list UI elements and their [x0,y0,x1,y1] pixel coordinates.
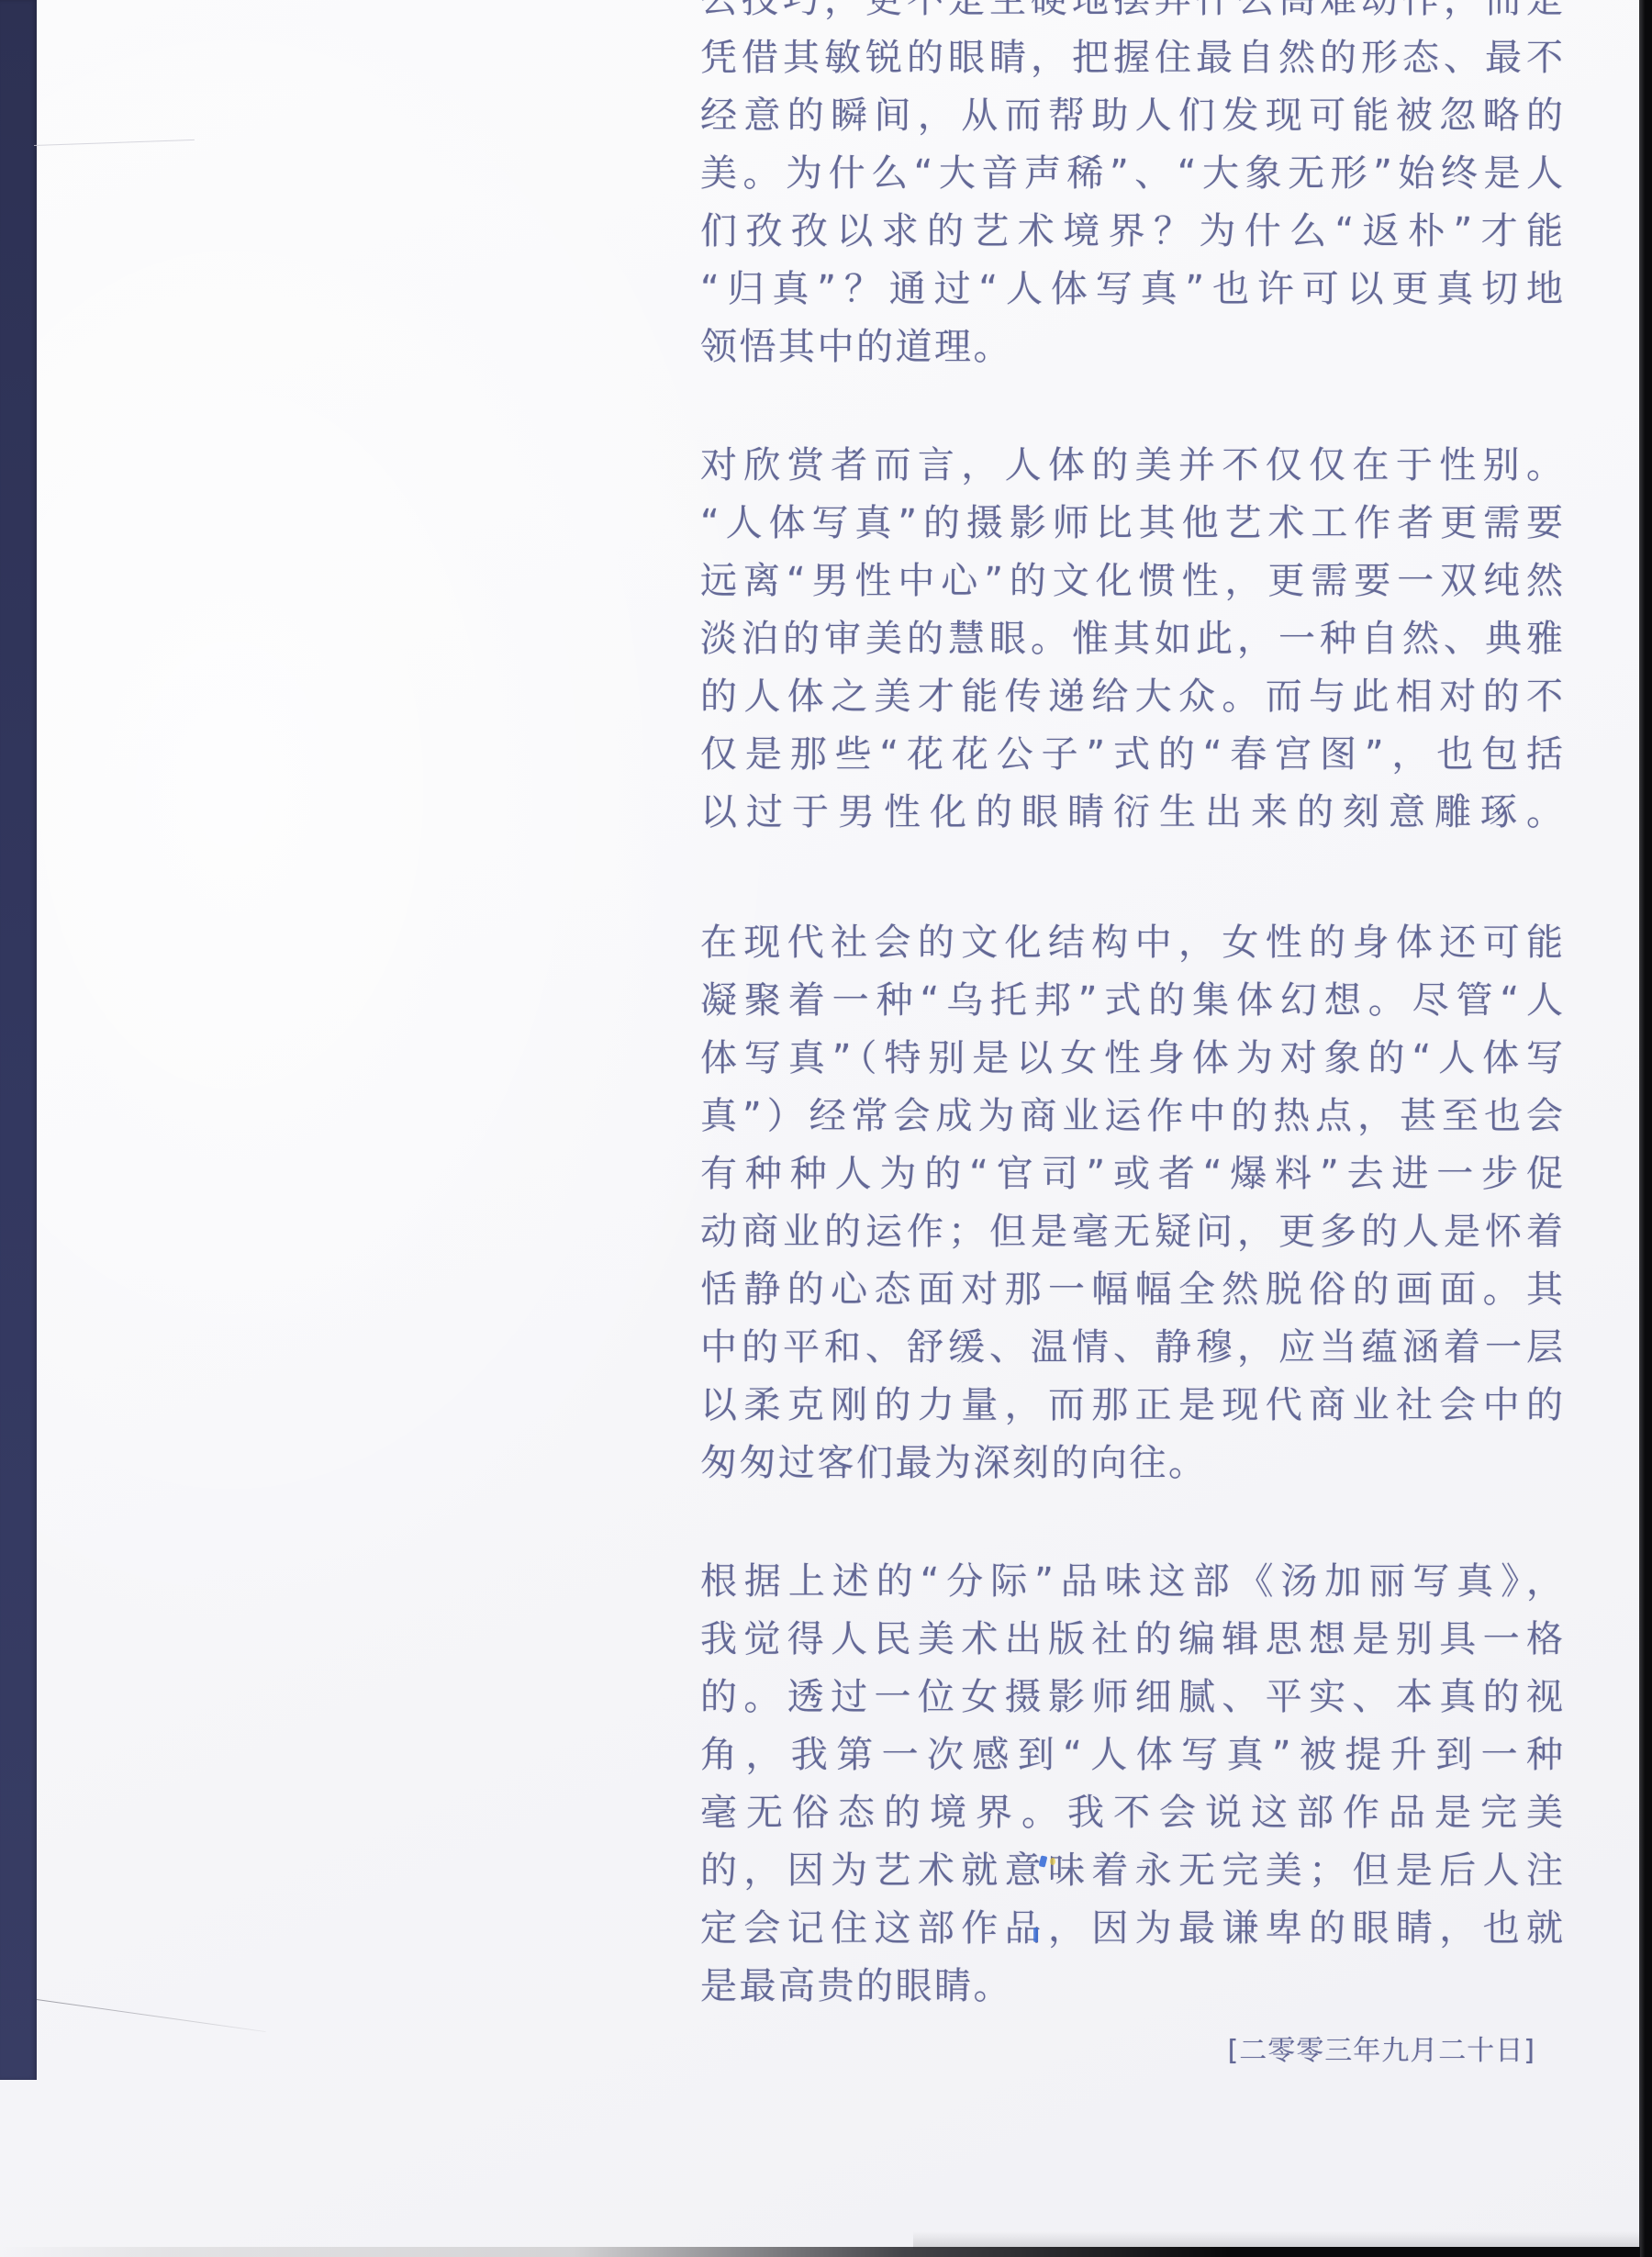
text-line: 仅是那些“花花公子”式的“春宫图”，也包括 [700,726,1565,784]
text-line: 真”）经常会成为商业运作中的热点，甚至也会 [700,1088,1565,1145]
text-line: 中的平和、舒缓、温情、静穆，应当蕴涵着一层 [700,1319,1565,1377]
text-line: 远离“男性中心”的文化惯性，更需要一双纯然 [700,553,1565,610]
text-line: 以柔克刚的力量，而那正是现代商业社会中的 [700,1377,1565,1435]
date-line: [二零零三年九月二十日] [700,2028,1565,2074]
essay-text-column: 么技巧，更不是生硬地摆弄什么高难动作，而是凭借其敏锐的眼睛，把握住最自然的形态、… [700,0,1565,2074]
text-line: 体写真”（特别是以女性身体为对象的“人体写 [700,1030,1565,1088]
text-line: 的人体之美才能传递给大众。而与此相对的不 [700,668,1565,726]
scanned-book-page: 么技巧，更不是生硬地摆弄什么高难动作，而是凭借其敏锐的眼睛，把握住最自然的形态、… [0,0,1652,2257]
text-line: 凝聚着一种“乌托邦”式的集体幻想。尽管“人 [700,972,1565,1030]
text-line: 毫无俗态的境界。我不会说这部作品是完美 [700,1784,1565,1842]
text-line: 是最高贵的眼睛。 [700,1958,1565,2016]
scan-edge-bottom [0,2247,1640,2257]
scan-scratch-artifact [34,140,195,146]
text-line: 淡泊的审美的慧眼。惟其如此，一种自然、典雅 [700,610,1565,668]
text-line: 有种种人为的“官司”或者“爆料”去进一步促 [700,1145,1565,1203]
text-line: 么技巧，更不是生硬地摆弄什么高难动作，而是 [700,0,1565,29]
ink-speck [1033,1927,1038,1942]
text-line: 以过于男性化的眼睛衍生出来的刻意雕琢。 [700,784,1565,842]
text-line: “人体写真”的摄影师比其他艺术工作者更需要 [700,495,1565,553]
paragraph: 么技巧，更不是生硬地摆弄什么高难动作，而是凭借其敏锐的眼睛，把握住最自然的形态、… [700,0,1565,376]
text-line: 我觉得人民美术出版社的编辑思想是别具一格 [700,1611,1565,1669]
text-line: 定会记住这部作品，因为最谦卑的眼睛，也就 [700,1900,1565,1958]
text-line: 经意的瞬间，从而帮助人们发现可能被忽略的 [700,87,1565,145]
text-line: 匆匆过客们最为深刻的向往。 [700,1435,1565,1492]
text-line: 领悟其中的道理。 [700,318,1565,376]
text-line: 根据上述的“分际”品味这部《汤加丽写真》， [700,1553,1565,1611]
scan-scratch-artifact [37,1999,266,2032]
paragraph: 根据上述的“分际”品味这部《汤加丽写真》，我觉得人民美术出版社的编辑思想是别具一… [700,1553,1565,2016]
essay-paragraphs: 么技巧，更不是生硬地摆弄什么高难动作，而是凭借其敏锐的眼睛，把握住最自然的形态、… [700,0,1565,2016]
paragraph: 对欣赏者而言，人体的美并不仅仅在于性别。“人体写真”的摄影师比其他艺术工作者更需… [700,437,1565,842]
scan-edge-right [1639,0,1652,2257]
text-line: 美。为什么“大音声稀”、“大象无形”始终是人 [700,145,1565,203]
text-line: 凭借其敏锐的眼睛，把握住最自然的形态、最不 [700,29,1565,87]
book-spine-strip [0,0,37,2080]
text-line: 在现代社会的文化结构中，女性的身体还可能 [700,914,1565,972]
text-line: 对欣赏者而言，人体的美并不仅仅在于性别。 [700,437,1565,495]
text-line: 的。透过一位女摄影师细腻、平实、本真的视 [700,1669,1565,1726]
ink-speck [1050,1858,1055,1865]
text-line: “归真”？通过“人体写真”也许可以更真切地 [700,261,1565,318]
text-line: 角，我第一次感到“人体写真”被提升到一种 [700,1726,1565,1784]
text-line: 们孜孜以求的艺术境界？为什么“返朴”才能 [700,203,1565,261]
text-line: 恬静的心态面对那一幅幅全然脱俗的画面。其 [700,1261,1565,1319]
text-line: 的，因为艺术就意味着永无完美；但是后人注 [700,1842,1565,1900]
paragraph: 在现代社会的文化结构中，女性的身体还可能凝聚着一种“乌托邦”式的集体幻想。尽管“… [700,914,1565,1492]
text-line: 动商业的运作；但是毫无疑问，更多的人是怀着 [700,1203,1565,1261]
